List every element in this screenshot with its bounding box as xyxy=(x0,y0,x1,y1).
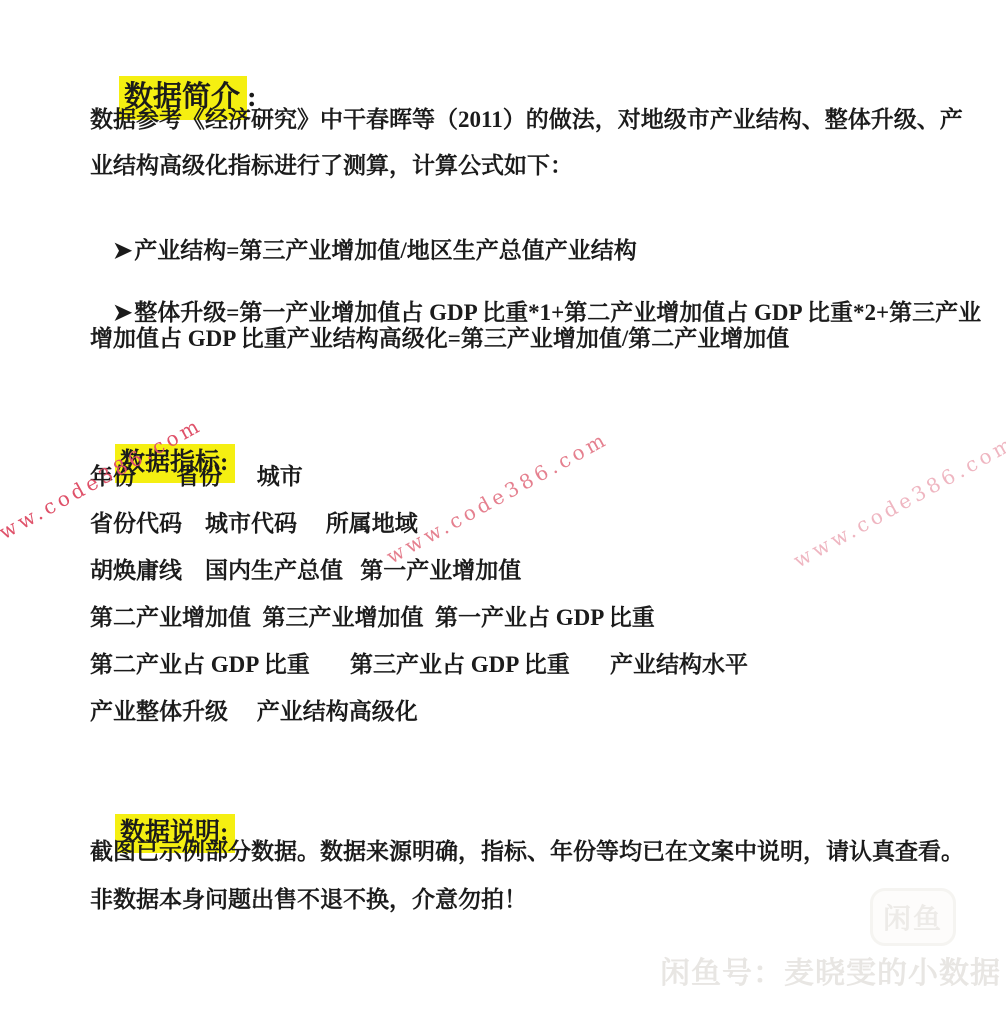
arrow-bullet-icon: ➤ xyxy=(113,237,132,266)
indicator-line: 省份代码 城市代码 所属地域 xyxy=(90,510,418,539)
xianyu-account-watermark: 闲鱼号：麦晓雯的小数据 xyxy=(660,948,1001,992)
intro-paragraph-line-2: 业结构高级化指标进行了测算，计算公式如下： xyxy=(90,152,573,181)
formula-item-1-text: 产业结构=第三产业增加值/地区生产总值产业结构 xyxy=(134,238,637,263)
intro-paragraph-line-1: 数据参考《经济研究》中干春晖等（2011）的做法，对地级市产业结构、整体升级、产 xyxy=(90,106,963,135)
arrow-bullet-icon: ➤ xyxy=(113,299,132,328)
site-watermark-middle: www.code386.com xyxy=(382,426,612,568)
indicator-line: 第二产业占 GDP 比重 第三产业占 GDP 比重 产业结构水平 xyxy=(90,651,748,680)
indicator-line: 产业整体升级 产业结构高级化 xyxy=(90,698,418,727)
note-line-2: 非数据本身问题出售不退不换，介意勿拍！ xyxy=(90,886,527,915)
formula-item-2-text: 整体升级=第一产业增加值占 GDP 比重*1+第二产业增加值占 GDP 比重*2… xyxy=(134,300,981,325)
indicator-line: 胡焕庸线 国内生产总值 第一产业增加值 xyxy=(90,557,521,586)
site-watermark-right: www.code386.com xyxy=(789,430,1006,572)
xianyu-logo-text: 闲鱼 xyxy=(883,897,943,937)
indicator-line: 第二产业增加值 第三产业增加值 第一产业占 GDP 比重 xyxy=(90,604,655,633)
document-page: 数据简介: 数据参考《经济研究》中干春晖等（2011）的做法，对地级市产业结构、… xyxy=(0,0,1006,1024)
section-heading-notes: 数据说明: xyxy=(90,784,235,883)
indicator-line: 年份 省份 城市 xyxy=(90,463,303,492)
formula-item-2-line-2: 增加值占 GDP 比重产业结构高级化=第三产业增加值/第二产业增加值 xyxy=(90,325,789,354)
section-heading-intro: 数据简介: xyxy=(90,41,257,154)
xianyu-logo-badge: 闲鱼 xyxy=(870,888,956,946)
note-line-1: 截图已示例部分数据。数据来源明确，指标、年份等均已在文案中说明，请认真查看。 xyxy=(90,838,964,867)
